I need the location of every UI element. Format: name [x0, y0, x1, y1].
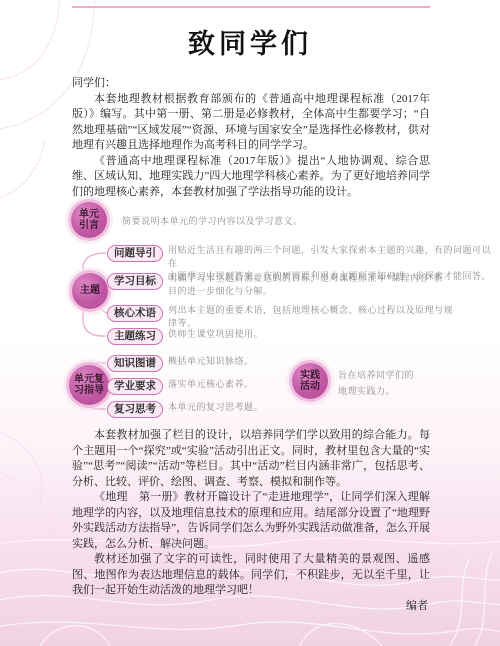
textbook-structure-diagram: 单元 引言 简要说明本单元的学习内容以及学习意义。 主题 问题导引 用贴近生活且…: [60, 200, 500, 430]
node-unit-intro-label: 单元 引言: [79, 209, 99, 232]
node-unit-intro: 单元 引言: [71, 202, 107, 238]
node-practice-activity: 实践 活动: [292, 363, 328, 399]
practice-activity-description: 旨在培养同学们的 地理实践力。: [338, 367, 414, 399]
page-title: 致同学们: [0, 22, 500, 61]
textbook-page: 致同学们 同学们： 本套地理教材根据教育部颁布的《普通高中地理课程标准（2017…: [0, 0, 500, 646]
pill-review-questions: 复习思考: [107, 401, 163, 418]
unit-intro-description: 简要说明本单元的学习内容以及学习意义。: [122, 215, 303, 228]
header-rule: [72, 6, 430, 8]
editor-signature: 编者: [72, 599, 430, 615]
paragraph: 教材还加强了文字的可读性，同时使用了大量精美的景观图、遥感图、地图作为表达地理信…: [72, 552, 430, 599]
paragraph: 《普通高中地理课程标准（2017年版）》提出“人地协调观、综合思维、区域认知、地…: [72, 154, 430, 201]
core-terms-description: 列出本主题的重要术语，包括地理核心概念、核心过程以及原理与规 律等。: [168, 304, 453, 330]
salutation: 同学们：: [72, 76, 430, 92]
node-topic: 主题: [72, 273, 108, 309]
paragraph: 本套地理教材根据教育部颁布的《普通高中地理课程标准（2017年版）》编写。其中第…: [72, 92, 430, 154]
pill-core-terms: 核心术语: [107, 305, 163, 322]
knowledge-map-description: 概括单元知识脉络。: [168, 355, 254, 368]
node-practice-activity-label: 实践 活动: [300, 370, 320, 393]
topic-exercise-description: 供师生课堂巩固使用。: [168, 328, 263, 341]
paragraph: 本套教材加强了栏目的设计，以培养同学们学以致用的综合能力。每个主题用一个“探究”…: [72, 428, 430, 490]
pill-question-guide: 问题导引: [107, 245, 163, 262]
intro-text-block: 同学们： 本套地理教材根据教育部颁布的《普通高中地理课程标准（2017年版）》编…: [72, 76, 430, 200]
academic-requirements-description: 落实单元核心素养。: [168, 378, 254, 391]
node-topic-label: 主题: [80, 285, 100, 297]
pill-learning-goals: 学习目标: [107, 273, 163, 290]
node-unit-review-label: 单元复 习指导: [74, 374, 104, 397]
node-unit-review: 单元复 习指导: [69, 365, 109, 405]
pill-academic-requirements: 学业要求: [107, 378, 163, 395]
paragraph: 《地理 第一册》教材开篇设计了“走进地理学”，让同学们深入理解地理学的内容，以及…: [72, 490, 430, 552]
pill-knowledge-map: 知识图谱: [107, 355, 163, 372]
learning-goals-description: 明确学习本主题后需要达到的目标，是对课程标准中“课程内容”条 目的进一步细化与分…: [168, 272, 443, 298]
pill-topic-exercise: 主题练习: [107, 328, 163, 345]
closing-text-block: 本套教材加强了栏目的设计，以培养同学们学以致用的综合能力。每个主题用一个“探究”…: [72, 428, 430, 614]
review-questions-description: 本单元的复习思考题。: [168, 401, 263, 414]
